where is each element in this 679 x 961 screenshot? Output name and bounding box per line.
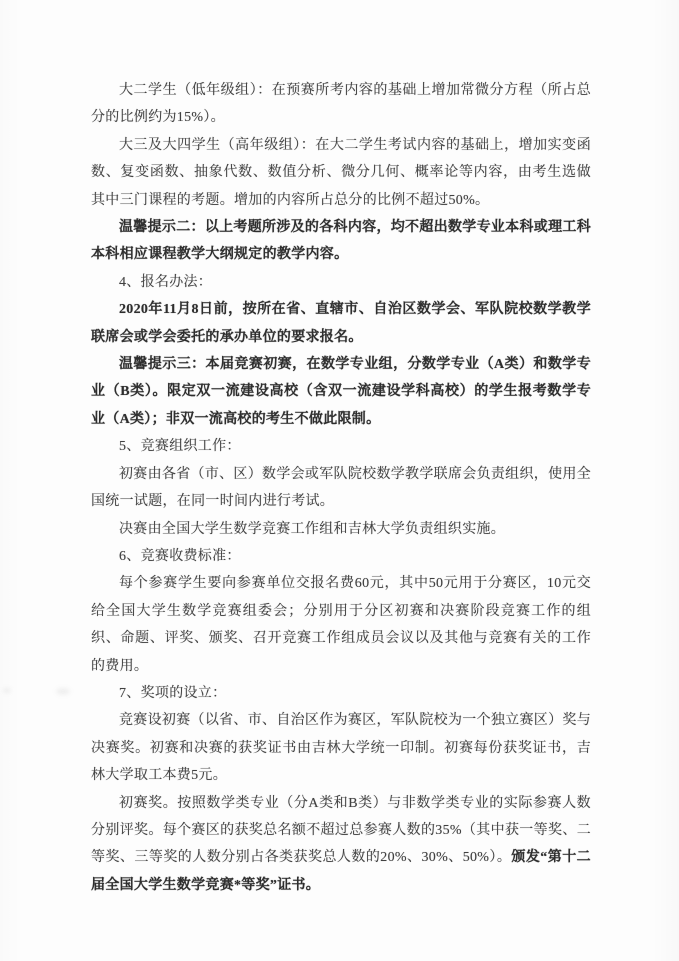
paragraph: 每个参赛学生要向参赛单位交报名费60元，其中50元用于分赛区，10元交给全国大学… (91, 570, 591, 680)
paragraph-text: 5、竞赛组织工作： (119, 439, 241, 454)
paragraph: 初赛由各省（市、区）数学会或军队院校数学教学联席会负责组织，使用全国统一试题，在… (91, 461, 591, 516)
paragraph-text: 大二学生（低年级组）：在预赛所考内容的基础上增加常微分方程（所占总分的比例约为1… (91, 83, 591, 125)
paragraph: 7、奖项的设立： (91, 680, 591, 707)
paragraph-text: 初赛由各省（市、区）数学会或军队院校数学教学联席会负责组织，使用全国统一试题，在… (91, 467, 591, 509)
paragraph-text: 6、竞赛收费标准： (119, 549, 241, 564)
paragraph-text-bold: 温馨提示三：本届竞赛初赛，在数学专业组，分数学专业（A类）和数学专业（B类）。限… (91, 357, 591, 427)
paragraph-text-bold: 2020年11月8日前，按所在省、直辖市、自治区数学会、军队院校数学教学联席会或… (91, 302, 591, 344)
paragraph-text: 4、报名办法： (119, 275, 212, 290)
paragraph-text: 每个参赛学生要向参赛单位交报名费60元，其中50元用于分赛区，10元交给全国大学… (91, 576, 591, 673)
paragraph-text: 竞赛设初赛（以省、市、自治区作为赛区，军队院校为一个独立赛区）奖与决赛奖。初赛和… (91, 713, 591, 783)
paragraph: 大三及大四学生（高年级组）：在大二学生考试内容的基础上，增加实变函数、复变函数、… (91, 132, 591, 214)
paragraph: 6、竞赛收费标准： (91, 543, 591, 570)
paragraph: 大二学生（低年级组）：在预赛所考内容的基础上增加常微分方程（所占总分的比例约为1… (91, 77, 591, 132)
paragraph: 5、竞赛组织工作： (91, 433, 591, 460)
scan-smudge (56, 688, 70, 695)
document-body: 大二学生（低年级组）：在预赛所考内容的基础上增加常微分方程（所占总分的比例约为1… (91, 77, 591, 899)
scan-smudge (3, 688, 11, 693)
paragraph-text: 大三及大四学生（高年级组）：在大二学生考试内容的基础上，增加实变函数、复变函数、… (91, 138, 591, 208)
paragraph: 4、报名办法： (91, 269, 591, 296)
paragraph: 决赛由全国大学生数学竞赛工作组和吉林大学负责组织实施。 (91, 516, 591, 543)
document-page: 大二学生（低年级组）：在预赛所考内容的基础上增加常微分方程（所占总分的比例约为1… (0, 0, 679, 961)
paragraph-text: 决赛由全国大学生数学竞赛工作组和吉林大学负责组织实施。 (119, 522, 505, 537)
paragraph-text: 7、奖项的设立： (119, 686, 226, 701)
paragraph: 温馨提示三：本届竞赛初赛，在数学专业组，分数学专业（A类）和数学专业（B类）。限… (91, 351, 591, 433)
paragraph: 温馨提示二：以上考题所涉及的各科内容，均不超出数学专业本科或理工科本科相应课程教… (91, 214, 591, 269)
paragraph-text-bold: 温馨提示二：以上考题所涉及的各科内容，均不超出数学专业本科或理工科本科相应课程教… (91, 220, 591, 262)
paragraph: 2020年11月8日前，按所在省、直辖市、自治区数学会、军队院校数学教学联席会或… (91, 296, 591, 351)
paragraph: 竞赛设初赛（以省、市、自治区作为赛区，军队院校为一个独立赛区）奖与决赛奖。初赛和… (91, 707, 591, 789)
paragraph: 初赛奖。按照数学类专业（分A类和B类）与非数学类专业的实际参赛人数分别评奖。每个… (91, 790, 591, 900)
